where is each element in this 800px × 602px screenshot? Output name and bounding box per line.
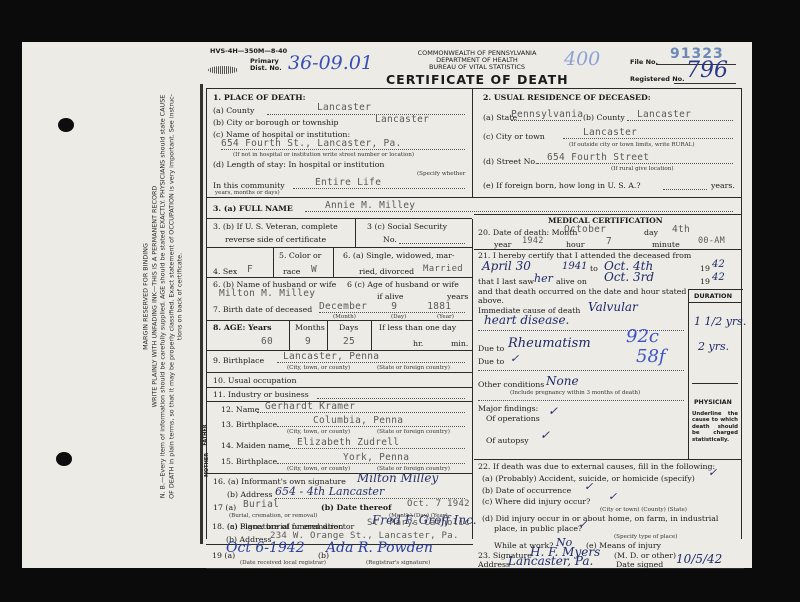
place-sub-city: (City, town, or county): [287, 466, 350, 472]
father-name-value: Gerhardt Kramer: [257, 401, 465, 413]
stat-code-1: 92c: [626, 326, 659, 347]
age-months-value: 9: [305, 336, 311, 347]
registrar-signature: Ada R. Powden: [326, 540, 433, 556]
agency-block: COMMONWEALTH OF PENNSYLVANIA DEPARTMENT …: [402, 50, 552, 71]
informant-signature: Milton Milley: [357, 471, 438, 485]
where-label: (c) Where did injury occur?: [482, 497, 590, 506]
disposal-date-label: (b) Date thereof: [321, 503, 392, 512]
marital-value: Married: [423, 264, 463, 274]
place-sub-city: (City, town, or county): [287, 429, 350, 435]
certificate-header: HVS-4H—350M—8-40 Primary Dist. No. 36-09…: [206, 44, 746, 90]
home-sub: (Specify type of place): [614, 534, 677, 540]
year-prefix: 19: [700, 277, 710, 286]
spouse-value: Milton M. Milley: [219, 288, 315, 299]
date-signed-label: Date signed: [616, 560, 663, 569]
last-saw-pronoun: her: [534, 272, 553, 285]
community-note: years, months or days): [215, 190, 280, 196]
birthplace-label: 9. Birthplace: [213, 356, 264, 365]
stated-label: and that death occurred on the date and …: [478, 287, 686, 296]
divider: [207, 247, 472, 248]
margin-line: MARGIN RESERVED FOR BINDING: [142, 46, 151, 546]
due-to-label-2: Due to: [478, 357, 504, 366]
last-saw-label: that I last saw: [478, 277, 534, 286]
residence-heading: 2. USUAL RESIDENCE OF DECEASED:: [483, 93, 651, 102]
field-line: [478, 370, 684, 371]
community-label: In this community: [213, 181, 285, 190]
to-label: to: [590, 264, 598, 273]
divider: [327, 320, 328, 350]
check-icon: ✓: [510, 352, 519, 365]
mother-birthplace-label: 15. Birthplace: [221, 457, 277, 466]
spouse-age-unit: years: [447, 292, 468, 301]
age-months-label: Months: [295, 323, 325, 332]
spouse-age-label: 6 (c) Age of husband or wife: [347, 280, 459, 289]
home-label: (d) Did injury occur in or about home, o…: [482, 514, 718, 523]
residence-street-note: (If rural give location): [611, 166, 674, 172]
duration-header: DURATION: [694, 292, 732, 300]
divider: [333, 247, 334, 277]
physician-address-label: Address: [478, 560, 510, 569]
external-causes-label: 22. If death was due to external causes,…: [478, 462, 715, 471]
agency-line: BUREAU OF VITAL STATISTICS: [402, 64, 552, 71]
death-minute-value: 00-AM: [698, 236, 725, 246]
foreign-born-label: (e) If foreign born, how long in U. S. A…: [483, 181, 641, 190]
physician-note-title: PHYSICIAN: [694, 399, 732, 406]
year-prefix: 19: [700, 264, 710, 273]
mother-maiden-label: 14. Maiden name: [221, 441, 290, 450]
divider: [371, 320, 372, 350]
full-name-label: 3. (a) FULL NAME: [213, 204, 293, 213]
disposal-sub: (Burial, cremation, or removal): [229, 513, 317, 519]
divider: [355, 219, 356, 247]
father-name-label: 12. Name: [221, 405, 259, 414]
check-icon: ✓: [578, 518, 587, 531]
residence-city-note: (If outside city or town limits, write R…: [569, 142, 695, 148]
death-county-value: Lancaster: [317, 102, 371, 113]
disposal-date-value: Oct. 7 1942: [407, 499, 470, 509]
binding-rule: [200, 84, 203, 544]
age-days-label: Days: [339, 323, 358, 332]
seal-icon: [208, 66, 238, 74]
physician-address-value: Lancaster, Pa.: [508, 554, 593, 568]
residence-street-label: (d) Street No.: [483, 157, 537, 166]
divider: [207, 387, 472, 388]
binding-hole-top: [58, 118, 74, 132]
due-to-label: Due to: [478, 344, 504, 353]
margin-line: tions on back of certificate.: [176, 46, 185, 546]
check-icon: ✓: [584, 480, 593, 493]
birth-year-value: 1881: [427, 301, 451, 312]
other-conditions-note: (Include pregnancy within 3 months of de…: [510, 390, 640, 396]
race-label: 5. Color or: [279, 251, 321, 260]
margin-notice: MARGIN RESERVED FOR BINDING WRITE PLAINL…: [128, 60, 198, 560]
race-value: W: [311, 264, 317, 275]
death-city-value: Lancaster: [375, 114, 429, 125]
binding-hole-bottom: [56, 452, 72, 466]
margin-line: OF DEATH in plain terms, so that it may …: [167, 46, 176, 546]
death-year-value: 1942: [522, 236, 544, 246]
birthplace-value: Lancaster, Penna: [277, 351, 465, 363]
death-city-label: (b) City or borough or township: [213, 118, 338, 127]
death-day-label: day: [644, 228, 658, 237]
sex-label: 4. Sex: [213, 267, 237, 276]
mother-maiden-value: Elizabeth Zudrell: [289, 437, 465, 449]
residence-county-value: Lancaster: [627, 109, 733, 121]
foreign-born-unit: years.: [711, 181, 735, 190]
stay-label: (d) Length of stay: In hospital or insti…: [213, 160, 384, 169]
hr-label: hr.: [413, 339, 423, 348]
residence-city-label: (c) City or town: [483, 132, 545, 141]
veteran-label: 3. (b) If U. S. Veteran, complete: [213, 222, 338, 231]
last-saw-year: 42: [712, 272, 725, 283]
divider: [472, 219, 473, 539]
form-code: HVS-4H—350M—8-40: [210, 47, 287, 55]
residence-state-value: Pennsylvania: [511, 109, 581, 121]
divider: [207, 277, 472, 278]
other-conditions-value: None: [546, 374, 579, 388]
disposal-value: Burial: [243, 499, 279, 510]
mother-birthplace-value: York, Penna: [277, 452, 465, 464]
above-label: above.: [478, 296, 504, 305]
divider: [688, 302, 742, 303]
father-birthplace-value: Columbia, Penna: [277, 415, 465, 427]
father-birthplace-label: 13. Birthplace: [221, 420, 277, 429]
registrar-signature-sub: (Registrar's signature): [366, 560, 430, 566]
death-county-label: (a) County: [213, 106, 254, 115]
certificate-form: 1. PLACE OF DEATH: (a) County Lancaster …: [206, 88, 742, 539]
operations-label: Of operations: [486, 414, 540, 423]
last-saw-date: Oct. 3rd: [604, 270, 654, 284]
disposal-label: 17 (a): [213, 503, 236, 512]
divider: [289, 320, 290, 350]
other-conditions-label: Other conditions: [478, 380, 544, 389]
age-years-value: 60: [261, 336, 273, 347]
field-line: [663, 179, 707, 190]
divider: [207, 197, 741, 198]
funeral-director-label: 18. (a) Signature of funeral director: [212, 522, 354, 531]
hospital-value: 654 Fourth St., Lancaster, Pa.: [221, 138, 465, 150]
immediate-cause-duration: 1 1/2 yrs.: [694, 315, 746, 328]
father-tag: FATHER: [203, 424, 209, 445]
home-label-2: place, in public place?: [494, 524, 582, 533]
check-icon: ✓: [708, 466, 717, 479]
sex-value: F: [247, 264, 253, 275]
place-sub-city: (City, town, or county): [287, 365, 350, 371]
community-value: Entire Life: [293, 177, 465, 189]
registrar-date-value: Oct 6-1942: [226, 540, 305, 556]
industry-label: 11. Industry or business: [213, 390, 309, 399]
where-sub: (City or town) (County) (State): [600, 507, 687, 513]
margin-line: N. B.—Every item of information should b…: [159, 46, 168, 546]
marital-label: 6. (a) Single, widowed, mar-: [343, 251, 455, 260]
registrar-date-sub: (Date received local registrar): [240, 560, 326, 566]
informant-address-value: 654 - 4th Lancaster: [275, 485, 465, 499]
pencil-note: 400: [564, 48, 600, 70]
divider: [207, 218, 472, 219]
divider: [474, 214, 742, 215]
race-label-2: race: [283, 267, 300, 276]
immediate-cause-value-2: heart disease.: [484, 313, 569, 327]
funeral-director-signature: Fred F. Groff Inc.: [372, 513, 477, 527]
attended-to-year: 42: [712, 259, 725, 270]
death-month-value: October: [564, 224, 606, 235]
residence-county-label: (b) County: [583, 113, 625, 122]
divider: [474, 249, 742, 250]
birth-date-row: December 9 1881: [319, 301, 465, 313]
file-no-label: File No.: [630, 58, 658, 66]
md-label: (M. D. or other): [614, 551, 676, 560]
residence-street-value: 654 Fourth Street: [537, 152, 733, 164]
ssn-field: [399, 235, 465, 244]
margin-line: WRITE PLAINLY WITH UNFADING INK—THIS IS …: [150, 46, 159, 546]
place-of-death-heading: 1. PLACE OF DEATH:: [213, 93, 306, 102]
place-sub-state: (State or foreign country): [377, 429, 450, 435]
industry-field: [317, 390, 465, 399]
form-bottom-rule: [206, 568, 744, 569]
registered-no-value: 796: [686, 58, 728, 83]
death-hour-label: hour: [566, 240, 584, 249]
attended-from-year: 1941: [562, 261, 587, 272]
death-minute-label: minute: [652, 240, 680, 249]
divider: [207, 320, 472, 321]
occurrence-label: (b) Date of occurrence: [482, 486, 571, 495]
divider: [474, 459, 742, 460]
parents-bracket: FATHER MOTHER: [209, 402, 217, 484]
major-findings-label: Major findings:: [478, 404, 538, 413]
check-icon: ✓: [608, 490, 617, 503]
autopsy-label: Of autopsy: [486, 436, 529, 445]
alive-on-label: alive on: [556, 277, 587, 286]
residence-city-value: Lancaster: [563, 127, 733, 139]
stat-code-2: 58f: [636, 346, 666, 367]
place-sub-state: (State or foreign country): [377, 365, 450, 371]
primary-dist-value: 36-09.01: [288, 52, 373, 74]
min-label: min.: [451, 339, 468, 348]
immediate-cause-value-1: Valvular: [588, 300, 638, 314]
ssn-label: 3 (c) Social Security: [367, 222, 447, 231]
death-day-value: 4th: [672, 224, 690, 235]
death-hour-value: 7: [606, 236, 612, 247]
less-than-day-label: If less than one day: [379, 323, 456, 332]
ssn-label-2: No.: [383, 235, 397, 244]
spouse-age-label-2: if alive: [377, 292, 404, 301]
full-name-value: Annie M. Milley: [305, 200, 733, 212]
certificate-title: CERTIFICATE OF DEATH: [386, 72, 569, 87]
primary-dist-label: Primary Dist. No.: [250, 58, 290, 72]
check-icon: ✓: [540, 428, 550, 442]
attended-from-value: April 30: [482, 259, 531, 273]
check-icon: ✓: [548, 404, 558, 418]
physician-note: Underline the cause to which death shoul…: [692, 411, 738, 443]
birth-day-value: 9: [391, 301, 397, 312]
due-to-value-1: Rheumatism: [508, 336, 591, 351]
date-signed-value: 10/5/42: [676, 552, 722, 566]
birth-month-value: December: [319, 301, 367, 312]
due-to-duration-1: 2 yrs.: [698, 340, 729, 353]
death-year-label: year: [494, 240, 511, 249]
field-line: [478, 400, 684, 401]
occupation-label: 10. Usual occupation: [213, 376, 297, 385]
divider: [273, 247, 274, 277]
hospital-note: (If not in hospital or institution write…: [233, 152, 414, 158]
informant-address-label: (b) Address: [227, 490, 273, 499]
marital-label-2: ried, divorced: [359, 267, 414, 276]
birth-date-label: 7. Birth date of deceased: [213, 305, 312, 314]
age-years-label: 8. AGE: Years: [213, 323, 272, 332]
divider: [472, 89, 473, 197]
age-days-value: 25: [343, 336, 355, 347]
divider: [207, 372, 472, 373]
divider: [692, 383, 738, 384]
veteran-label-2: reverse side of certificate: [225, 235, 326, 244]
